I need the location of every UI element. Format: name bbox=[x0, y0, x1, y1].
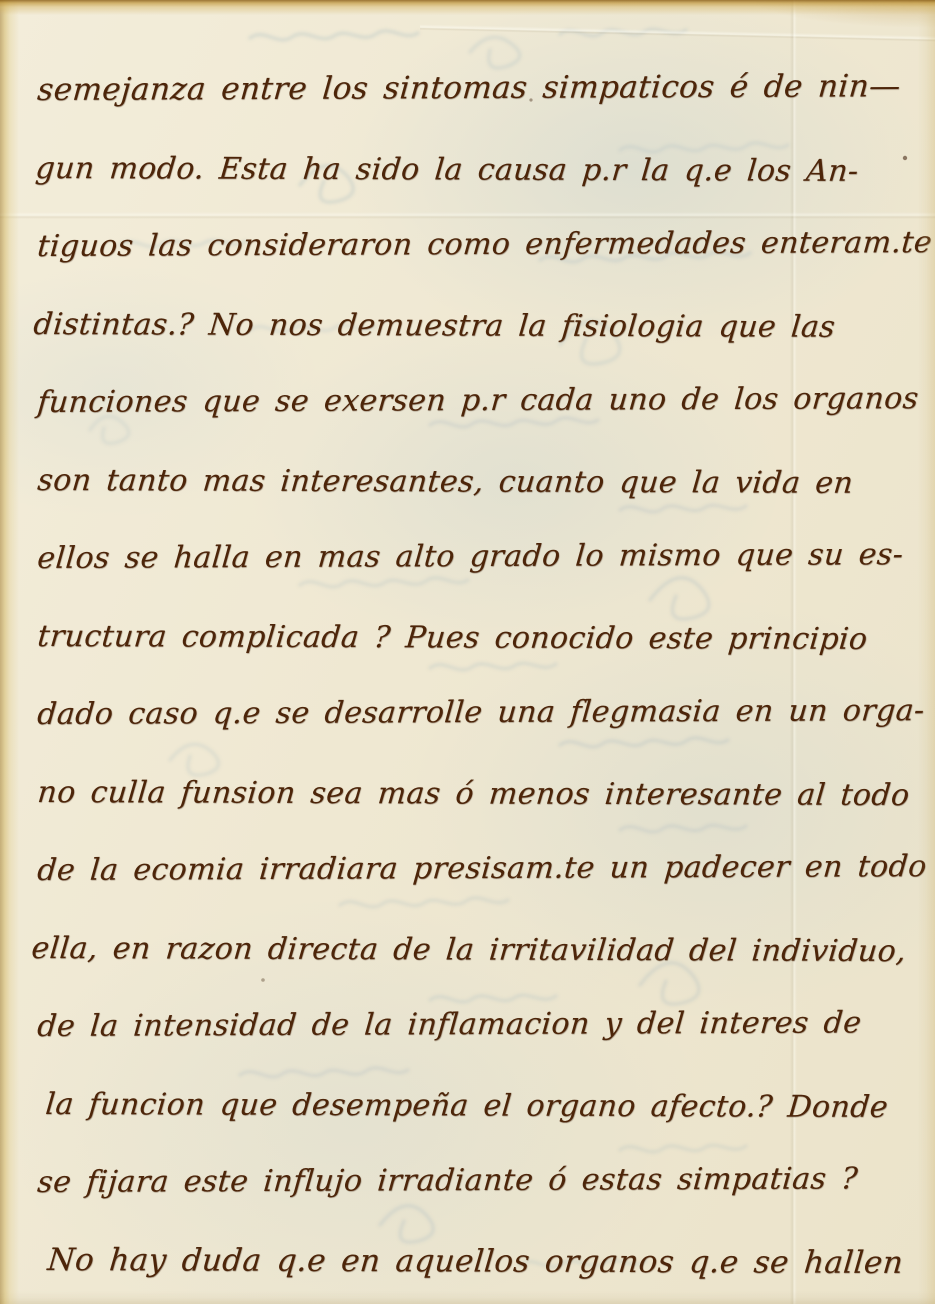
manuscript-line-3: tiguos las consideraron como enfermedade… bbox=[36, 182, 928, 264]
manuscript-line-10: no culla funsion sea mas ó menos interes… bbox=[36, 732, 928, 813]
manuscript-line-13: de la intensidad de la inflamacion y del… bbox=[36, 962, 928, 1044]
manuscript-line-6: son tanto mas interesantes, cuanto que l… bbox=[36, 420, 928, 501]
manuscript-line-2: gun modo. Esta ha sido la causa p.r la q… bbox=[34, 108, 928, 189]
manuscript-line-12: ella, en razon directa de la irritavilid… bbox=[30, 888, 928, 969]
manuscript-line-14: la funcion que desempeña el organo afect… bbox=[44, 1044, 928, 1125]
manuscript-text: semejanza entre los sintomas simpaticos … bbox=[36, 30, 921, 1278]
manuscript-line-1: semejanza entre los sintomas simpaticos … bbox=[36, 26, 928, 108]
manuscript-line-4: distintas.? No nos demuestra la fisiolog… bbox=[32, 264, 928, 345]
manuscript-line-8: tructura complicada ? Pues conocido este… bbox=[36, 576, 928, 657]
manuscript-line-11: de la ecomia irradiara presisam.te un pa… bbox=[36, 806, 928, 888]
manuscript-line-5: funciones que se exersen p.r cada uno de… bbox=[36, 338, 928, 420]
manuscript-line-15: se fijara este influjo irradiante ó esta… bbox=[36, 1118, 928, 1200]
manuscript-line-7: ellos se halla en mas alto grado lo mism… bbox=[36, 494, 928, 576]
manuscript-line-9: dado caso q.e se desarrolle una flegmasi… bbox=[36, 650, 928, 732]
manuscript-page: semejanza entre los sintomas simpaticos … bbox=[0, 0, 935, 1304]
manuscript-line-16: No hay duda q.e en aquellos organos q.e … bbox=[46, 1200, 928, 1281]
